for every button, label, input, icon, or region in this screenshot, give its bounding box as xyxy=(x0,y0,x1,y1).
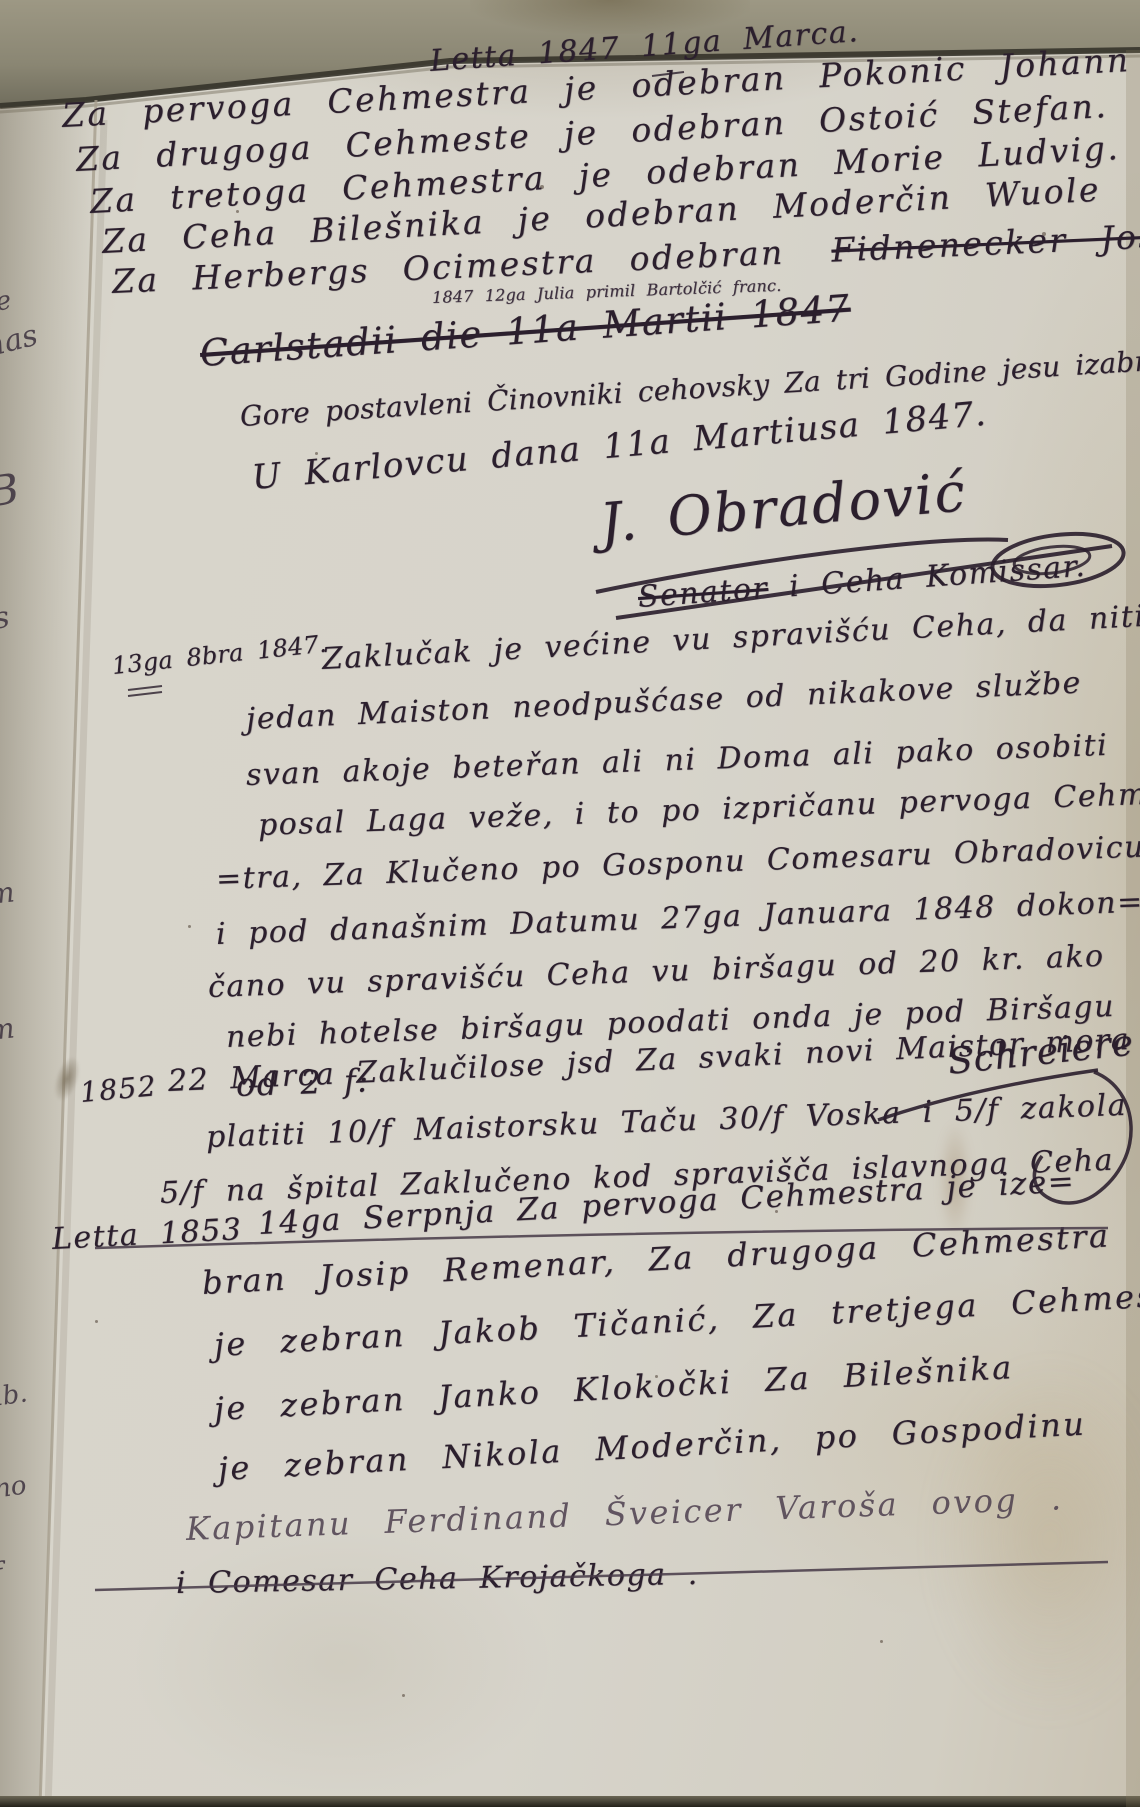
title-struck-senator: Senator xyxy=(637,571,770,615)
margin-year-1852: 1852 xyxy=(79,1069,159,1109)
margin-date-underline-1 xyxy=(128,686,162,690)
signature-obradovic: J. Obradović xyxy=(597,460,969,555)
gutter-fragment-2: has xyxy=(0,318,41,365)
gutter-fragment-3: B xyxy=(0,464,22,517)
entry-1853-line-7: i Comesar Ceha Krojačkoga . xyxy=(176,1557,699,1601)
gutter-fragment-4: s xyxy=(0,600,12,637)
gutter-fragment-6: m xyxy=(0,1011,16,1047)
margin-year-1853: Letta 1853 xyxy=(51,1212,243,1257)
manuscript-page: Letta 1847 11ga Marca. Za pervoga Cehmes… xyxy=(0,0,1140,1807)
gutter-fragment-9: f xyxy=(0,1556,6,1592)
minutes-margin-date: 13ga 8bra 1847. xyxy=(111,630,328,680)
bottom-edge xyxy=(0,1796,1140,1807)
entry-1853-line-6: Kapitanu Ferdinand Šveicer Varoša ovog . xyxy=(185,1479,1064,1548)
gutter-fragment-8: ino xyxy=(0,1470,28,1505)
right-edge-shade xyxy=(1126,50,1140,1807)
title-rest: i Ceha Komissar. xyxy=(788,549,1087,605)
gutter-fragment-7: ub. xyxy=(0,1378,29,1414)
minutes-line-2: jedan Maiston neodpušćase od nikakove sl… xyxy=(245,666,1082,737)
gutter-fragment-1: e xyxy=(0,285,14,318)
gutter-fragment-5: m xyxy=(0,875,16,911)
margin-date-underline-2 xyxy=(128,692,162,696)
minutes-line-1: Zaklučak je većine vu spravišću Ceha, da… xyxy=(321,599,1140,677)
herberg-struck-name: Fidnenecker Joseph. xyxy=(831,213,1140,270)
gutter-crease-line xyxy=(40,100,96,1807)
